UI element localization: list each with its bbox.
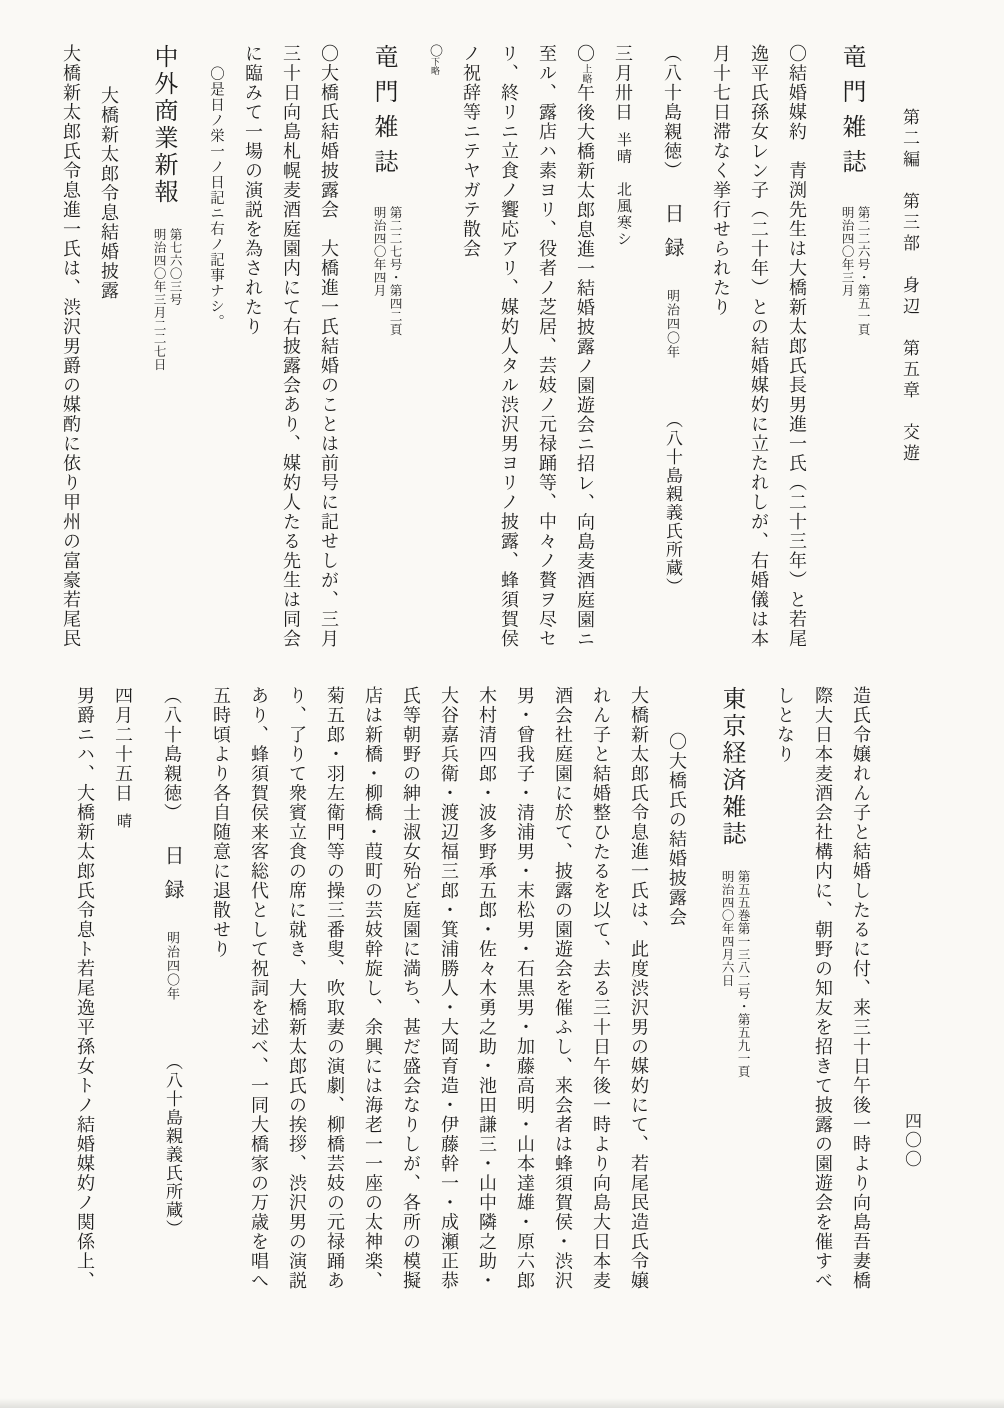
ellipsis-marker: 〇 — [575, 44, 595, 64]
text-line: 大谷嘉兵衛・渡辺福三郎・箕浦勝人・大岡育造・伊藤幹一・成瀬正恭 — [430, 686, 468, 1304]
text-line: 酒会社庭園に於て、披露の園遊会を催ふし、来会者は蜂須賀侯・渋沢 — [544, 686, 582, 1304]
diary-source-line: （八十島親徳）日録明治四〇年（八十島親義氏所蔵） — [650, 44, 694, 666]
section-head-ryumon-2: 竜門雑誌 第二二七号・第四二頁明治四〇年四月 — [360, 44, 406, 666]
diary-weather: 晴 — [115, 813, 131, 830]
citation-date: 明治四〇年四月 — [371, 206, 387, 358]
text-line: り、了りて衆賓立食の席に就き、大橋新太郎氏の挨拶、渋沢男の演説 — [278, 686, 316, 1304]
citation-issue: 第七六〇三号 — [167, 228, 183, 410]
diary-date-line: 三月卅日半晴 北風寒シ — [604, 44, 642, 666]
citation-issue: 第二二七号・第四二頁 — [387, 206, 403, 358]
article-headline: 大橋新太郎令息結婚披露 — [90, 44, 128, 666]
diary-provenance: （八十島親義氏所蔵） — [163, 1053, 182, 1238]
citation-date: 明治四〇年四月六日 — [719, 870, 735, 1108]
text-line: しとなり — [766, 686, 804, 1304]
text-line: 男・曾我子・清浦男・末松男・石黒男・加藤高明・山本達雄・原六郎 — [506, 686, 544, 1304]
journal-title: 東京経済雑誌 — [718, 686, 744, 848]
section-head-ryumon-1: 竜門雑誌 第二二六号・第五一頁明治四〇年三月 — [828, 44, 874, 666]
ellipsis-note: 上略 — [580, 64, 591, 84]
citation: 第五五巻第一三八二号・第五九一頁明治四〇年四月六日 — [719, 870, 751, 1108]
text-line: 五時頃より各自随意に退散せり — [202, 686, 240, 1304]
diary-author: （八十島親徳） — [662, 44, 682, 181]
article-headline: 〇大橋氏の結婚披露会 — [658, 686, 696, 1304]
text-line: 造氏令嬢れん子と結婚したるに付、来三十日午後一時より向島吾妻橋 — [842, 686, 880, 1304]
text-line: 大橋新太郎氏令息進一氏は、此度渋沢男の媒妁にて、若尾民造氏令嬢 — [620, 686, 658, 1304]
text-line: 月十七日滞なく挙行せられたり — [702, 44, 740, 666]
ellipsis-close-line: 〇下略 — [418, 44, 452, 666]
diary-text-line: 至ル、露店ハ素ヨリ、役者ノ芝居、芸妓ノ元禄踊等、中々ノ贅ヲ尽セ — [528, 44, 566, 666]
citation-issue: 第五五巻第一三八二号・第五九一頁 — [735, 870, 751, 1108]
diary-era: 明治四〇年 — [165, 931, 180, 1001]
diary-date: 四月二十五日 — [113, 686, 133, 803]
editor-note-line: 〇是日ノ栄一ノ日記ニ右ノ記事ナシ。 — [198, 44, 234, 666]
diary-text-line: 〇上略午後大橋新太郎息進一結婚披露ノ園遊会ニ招レ、向島麦酒庭園ニ — [566, 44, 604, 666]
diary-date: 三月卅日 — [613, 44, 633, 122]
page-number: 四〇〇 — [899, 1112, 924, 1169]
text-line: 木村清四郎・波多野承五郎・佐々木勇之助・池田謙三・山中隣之助・ — [468, 686, 506, 1304]
citation-issue: 第二二六号・第五一頁 — [855, 206, 871, 358]
ellipsis-note: 下略 — [430, 57, 440, 75]
bottom-text-band: 造氏令嬢れん子と結婚したるに付、来三十日午後一時より向島吾妻橋 際大日本麦酒会社… — [66, 686, 880, 1304]
text-line: れん子と結婚整ひたるを以て、去る三十日午後一時より向島大日本麦 — [582, 686, 620, 1304]
citation-date: 明治四〇年三月 — [839, 206, 855, 358]
diary-provenance: （八十島親義氏所蔵） — [663, 411, 682, 596]
citation: 第二二六号・第五一頁明治四〇年三月 — [839, 206, 871, 358]
text-line: 〇結婚媒約 青渕先生は大橋新太郎氏長男進一氏（二十三年）と若尾 — [778, 44, 816, 666]
text-line: 逸平氏孫女レン子（二十年）との結婚媒妁に立たれしが、右婚儀は本 — [740, 44, 778, 666]
diary-author: （八十島親徳） — [162, 686, 182, 823]
journal-title: 中外商業新報 — [150, 44, 176, 206]
ellipsis-marker: 〇 — [428, 44, 443, 57]
diary-source-line: （八十島親徳）日録明治四〇年（八十島親義氏所蔵） — [150, 686, 194, 1304]
diary-date-line: 四月二十五日晴 — [104, 686, 142, 1304]
diary-era: 明治四〇年 — [665, 289, 680, 359]
citation-date: 明治四〇年三月二二七日 — [151, 228, 167, 410]
section-head-chugai: 中外商業新報 第七六〇三号明治四〇年三月二二七日 — [140, 44, 186, 666]
text-line: 〇大橋氏結婚披露会 大橋進一氏結婚のことは前号に記せしが、三月 — [310, 44, 348, 666]
journal-title: 竜門雑誌 — [370, 44, 396, 184]
text-line: 菊五郎・羽左衛門等の操三番叟、吹取妻の演劇、柳橋芸妓の元禄踊あ — [316, 686, 354, 1304]
text-line: 大橋新太郎氏令息進一氏は、渋沢男爵の媒酌に依り甲州の富豪若尾民 — [52, 44, 90, 666]
journal-title: 竜門雑誌 — [838, 44, 864, 184]
text-line: 三十日向島札幌麦酒庭園内にて右披露会あり、媒妁人たる先生は同会 — [272, 44, 310, 666]
text-line: 氏等朝野の紳士淑女殆ど庭園に満ち、甚だ盛会なりしが、各所の模擬 — [392, 686, 430, 1304]
running-head: 第二編 第三部 身辺 第五章 交遊 — [897, 108, 922, 465]
diary-text-line: ノ祝辞等ニテヤガテ散会 — [452, 44, 490, 666]
citation: 第七六〇三号明治四〇年三月二二七日 — [151, 228, 183, 410]
scanned-book-page: 第二編 第三部 身辺 第五章 交遊 四〇〇 竜門雑誌 第二二六号・第五一頁明治四… — [0, 0, 1004, 1408]
diary-text-line: リ、終リニ立食ノ饗応アリ、媒妁人タル渋沢男ヨリノ披露、蜂須賀侯 — [490, 44, 528, 666]
text-line: 店は新橋・柳橋・葭町の芸妓幹旋し、余興には海老一一座の太神楽、 — [354, 686, 392, 1304]
citation: 第二二七号・第四二頁明治四〇年四月 — [371, 206, 403, 358]
section-head-tokyo-keizai: 東京経済雑誌 第五五巻第一三八二号・第五九一頁明治四〇年四月六日 — [708, 686, 754, 1304]
diary-work-title: 日録 — [661, 203, 683, 271]
text-line: に臨みて一場の演説を為されたり — [234, 44, 272, 666]
text-line: 際大日本麦酒会社構内に、朝野の知友を招きて披露の園遊会を催すべ — [804, 686, 842, 1304]
diary-text-line: 男爵ニハ、大橋新太郎氏令息ト若尾逸平孫女トノ結婚媒妁ノ関係上、 — [66, 686, 104, 1304]
text-line: あり、蜂須賀侯来客総代として祝詞を述べ、一同大橋家の万歳を唱へ — [240, 686, 278, 1304]
diary-text: 午後大橋新太郎息進一結婚披露ノ園遊会ニ招レ、向島麦酒庭園ニ — [575, 84, 595, 650]
diary-weather: 半晴 北風寒シ — [615, 132, 631, 248]
diary-work-title: 日録 — [161, 845, 183, 913]
top-text-band: 竜門雑誌 第二二六号・第五一頁明治四〇年三月 〇結婚媒約 青渕先生は大橋新太郎氏… — [52, 44, 886, 666]
